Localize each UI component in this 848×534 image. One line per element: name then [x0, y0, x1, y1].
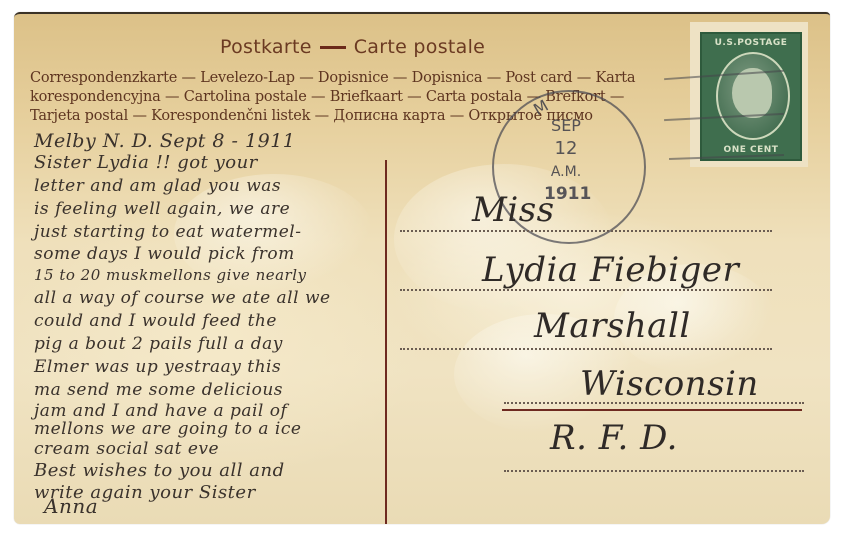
message-line: all a way of course we ate all we	[34, 288, 331, 308]
postmark-day: 12	[546, 138, 586, 159]
message-line: just starting to eat watermel-	[34, 222, 301, 242]
message-line: is feeling well again, we are	[34, 199, 290, 219]
message-line: some days I would pick from	[34, 244, 295, 264]
message-line: 15 to 20 muskmellons give nearly	[34, 266, 307, 284]
header-left: Postkarte	[220, 36, 312, 58]
message-line: pig a bout 2 pails full a day	[34, 334, 283, 354]
stamp-face: U.S.POSTAGE ONE CENT	[700, 32, 802, 161]
message-line: jam and I and have a pail of	[34, 401, 287, 421]
message-line: Best wishes to you all and	[34, 460, 285, 481]
stamp-bottom-text: ONE CENT	[702, 145, 800, 155]
postage-stamp: U.S.POSTAGE ONE CENT	[690, 22, 808, 167]
address-line-3	[400, 348, 772, 350]
message-line: letter and am glad you was	[34, 176, 281, 196]
postmark-month: SEP	[546, 116, 586, 135]
stamp-top-text: U.S.POSTAGE	[702, 38, 800, 48]
postmark-time: A.M.	[546, 164, 586, 180]
signature: Anna	[44, 494, 98, 518]
header-dash	[320, 46, 346, 49]
address-salutation: Miss	[472, 190, 555, 230]
message-line: cream social sat eve	[34, 439, 219, 459]
address-name: Lydia Fiebiger	[482, 250, 739, 290]
stamp-portrait-icon	[716, 52, 790, 140]
address-state: Wisconsin	[580, 364, 759, 404]
message-line: could and I would feed the	[34, 311, 277, 331]
address-line-5	[504, 470, 804, 472]
message-line: Melby N. D. Sept 8 - 1911	[34, 130, 295, 152]
header-right: Carte postale	[354, 36, 485, 58]
address-underline	[502, 409, 802, 411]
postcard: PostkarteCarte postale Correspondenzkart…	[14, 12, 830, 524]
message-line: Elmer was up yestraay this	[34, 357, 281, 377]
card-header: PostkarteCarte postale	[220, 36, 485, 58]
languages-line-1: Correspondenzkarte — Levelezo-Lap — Dopi…	[30, 70, 635, 86]
message-line: mellons we are going to a ice	[34, 419, 301, 439]
message-address-divider	[385, 160, 387, 524]
franklin-head-icon	[732, 68, 772, 118]
message-line: Sister Lydia !! got your	[34, 152, 258, 173]
address-city: Marshall	[534, 306, 691, 346]
message-line: ma send me some delicious	[34, 380, 283, 400]
address-line-1	[400, 230, 772, 232]
address-route: R. F. D.	[550, 418, 678, 458]
